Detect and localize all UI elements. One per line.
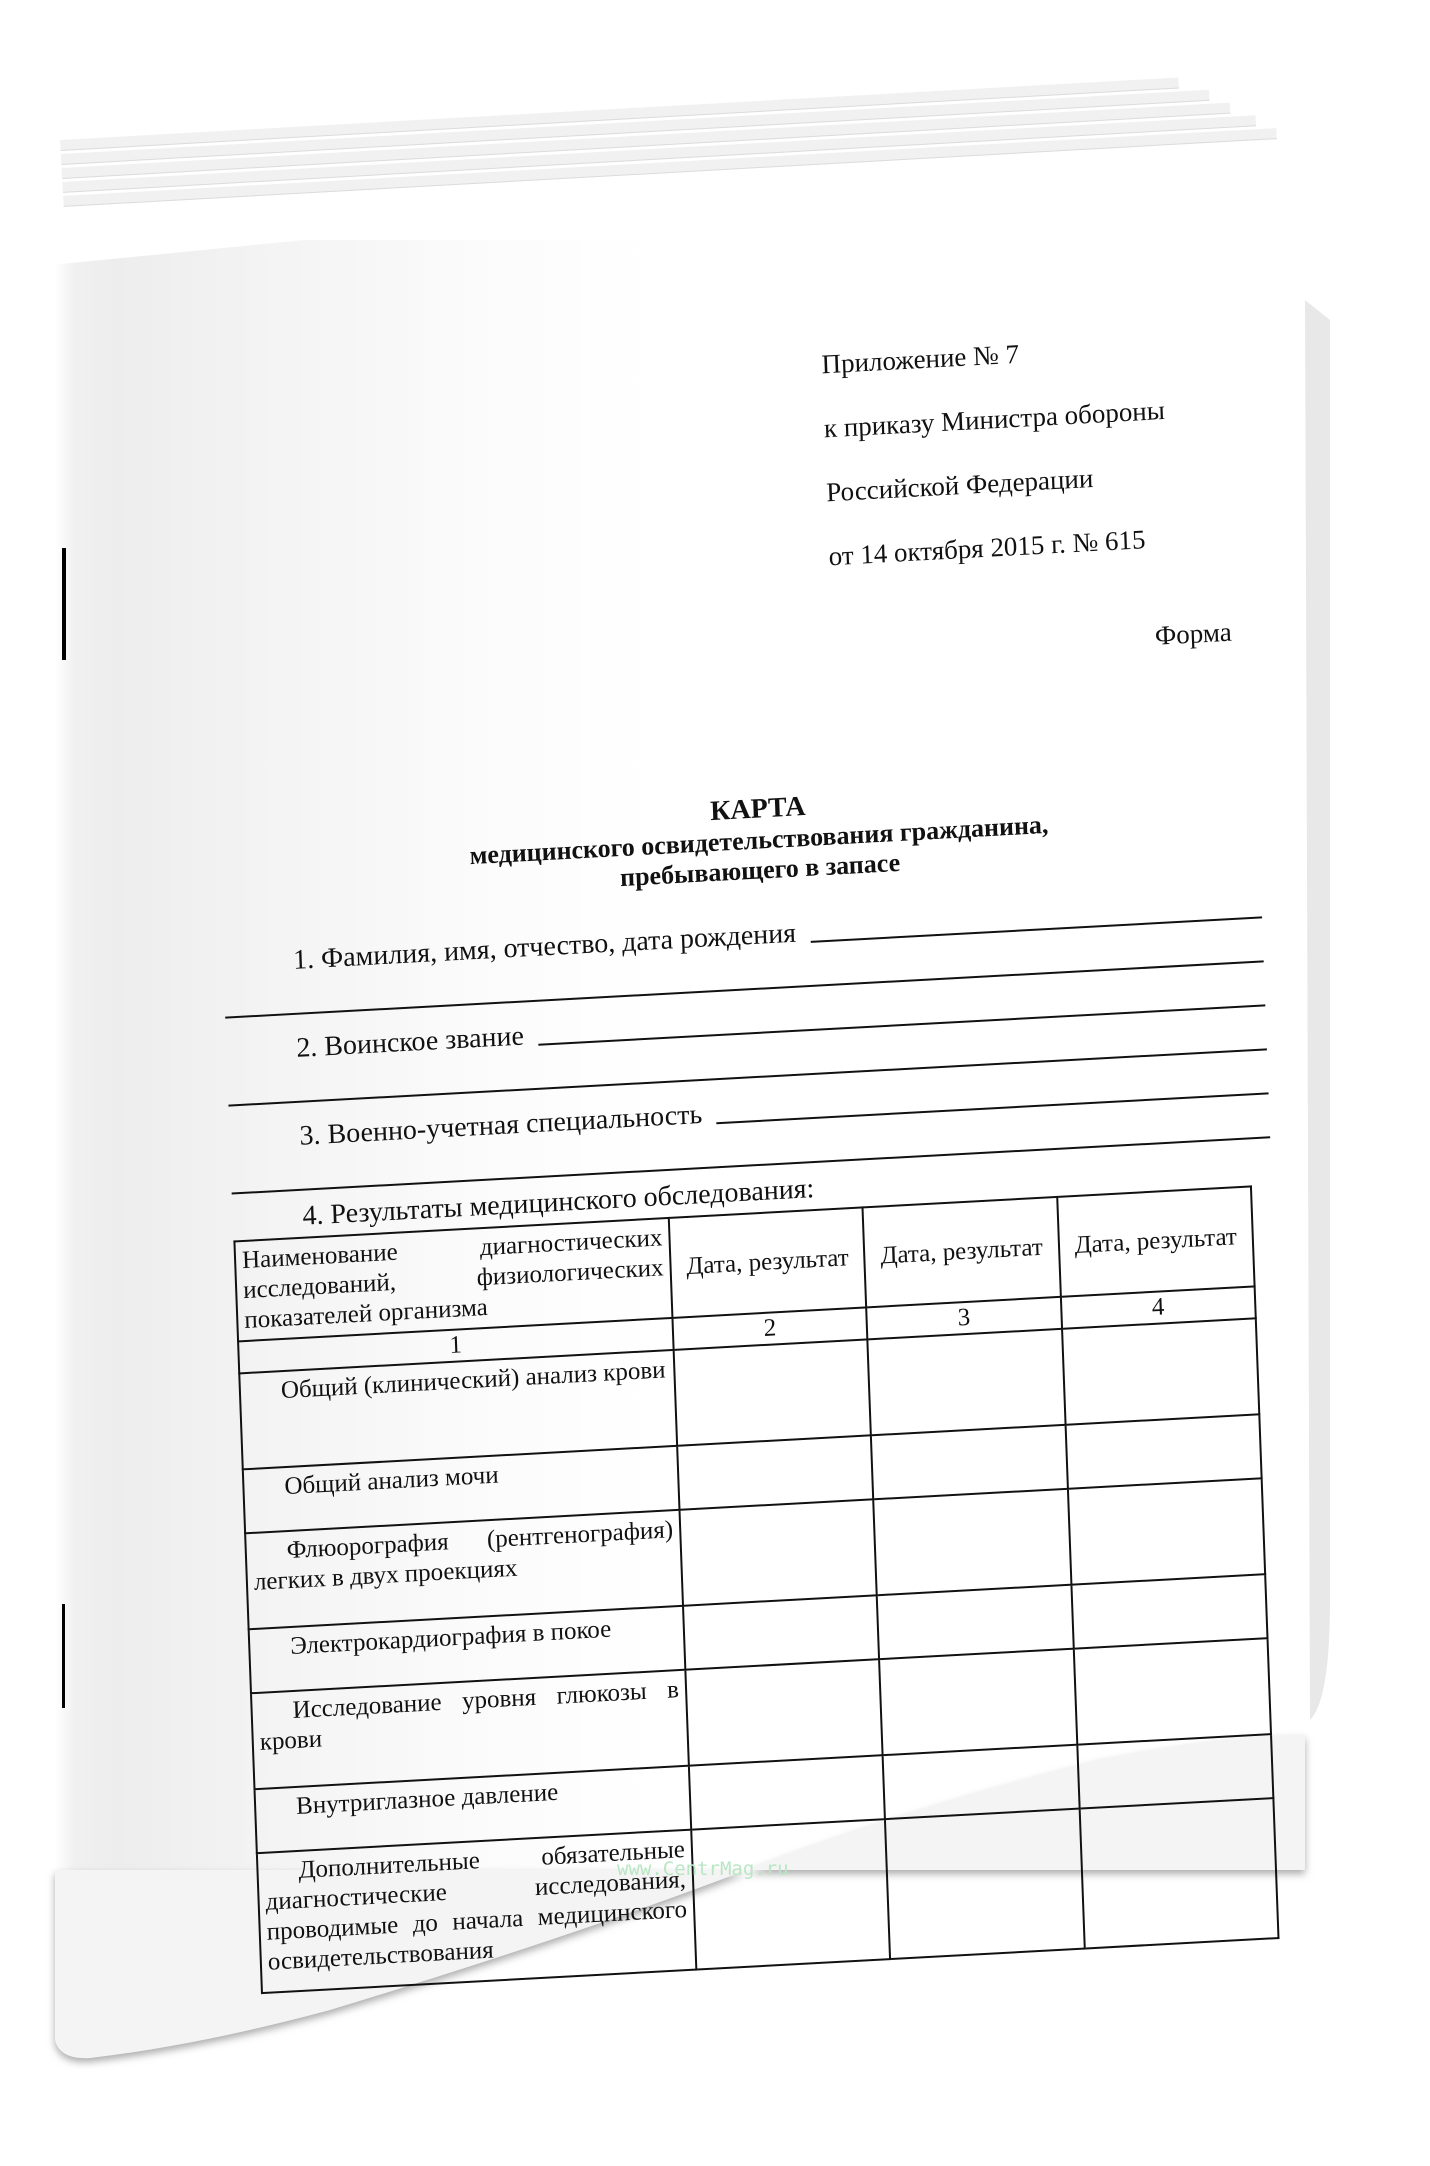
- appendix-line: от 14 октября 2015 г. № 615: [828, 518, 1249, 573]
- form-label: Форма: [213, 617, 1233, 703]
- result-cell[interactable]: [683, 1595, 879, 1669]
- result-cell[interactable]: [871, 1425, 1067, 1499]
- header-date-result: Дата, результат: [669, 1207, 867, 1317]
- result-cell[interactable]: [885, 1809, 1084, 1959]
- header-date-result: Дата, результат: [1057, 1186, 1255, 1296]
- result-cell[interactable]: [685, 1659, 883, 1765]
- result-cell[interactable]: [879, 1649, 1077, 1755]
- test-name: Дополнительные обязательные диагностичес…: [257, 1830, 696, 1993]
- header-date-result: Дата, результат: [863, 1197, 1061, 1307]
- result-cell[interactable]: [1077, 1734, 1273, 1808]
- result-cell[interactable]: [868, 1329, 1066, 1435]
- result-cell[interactable]: [1065, 1414, 1261, 1488]
- result-cell[interactable]: [883, 1745, 1079, 1819]
- form-content: Приложение № 7 к приказу Министра оборон…: [200, 274, 1299, 1994]
- document-title: КАРТА медицинского освидетельствования г…: [258, 767, 1260, 913]
- staple-bottom: [62, 1604, 65, 1708]
- watermark: www.CentrMag.ru: [617, 1858, 789, 1880]
- result-cell[interactable]: [873, 1489, 1071, 1595]
- appendix-reference: Приложение № 7 к приказу Министра оборон…: [820, 294, 1250, 605]
- appendix-line: Российской Федерации: [826, 454, 1247, 509]
- result-cell[interactable]: [1071, 1574, 1267, 1648]
- result-cell[interactable]: [1062, 1318, 1260, 1424]
- result-cell[interactable]: [689, 1755, 885, 1829]
- result-cell[interactable]: [877, 1585, 1073, 1659]
- result-cell[interactable]: [1079, 1798, 1278, 1948]
- result-cell[interactable]: [1073, 1638, 1271, 1744]
- appendix-line: к приказу Министра обороны: [823, 390, 1244, 445]
- result-cell[interactable]: [1068, 1478, 1266, 1584]
- appendix-line: Приложение № 7: [821, 326, 1242, 381]
- result-cell[interactable]: [673, 1339, 871, 1445]
- result-cell[interactable]: [679, 1499, 877, 1605]
- staple-top: [62, 548, 66, 660]
- result-cell[interactable]: [691, 1819, 890, 1969]
- result-cell[interactable]: [677, 1435, 873, 1509]
